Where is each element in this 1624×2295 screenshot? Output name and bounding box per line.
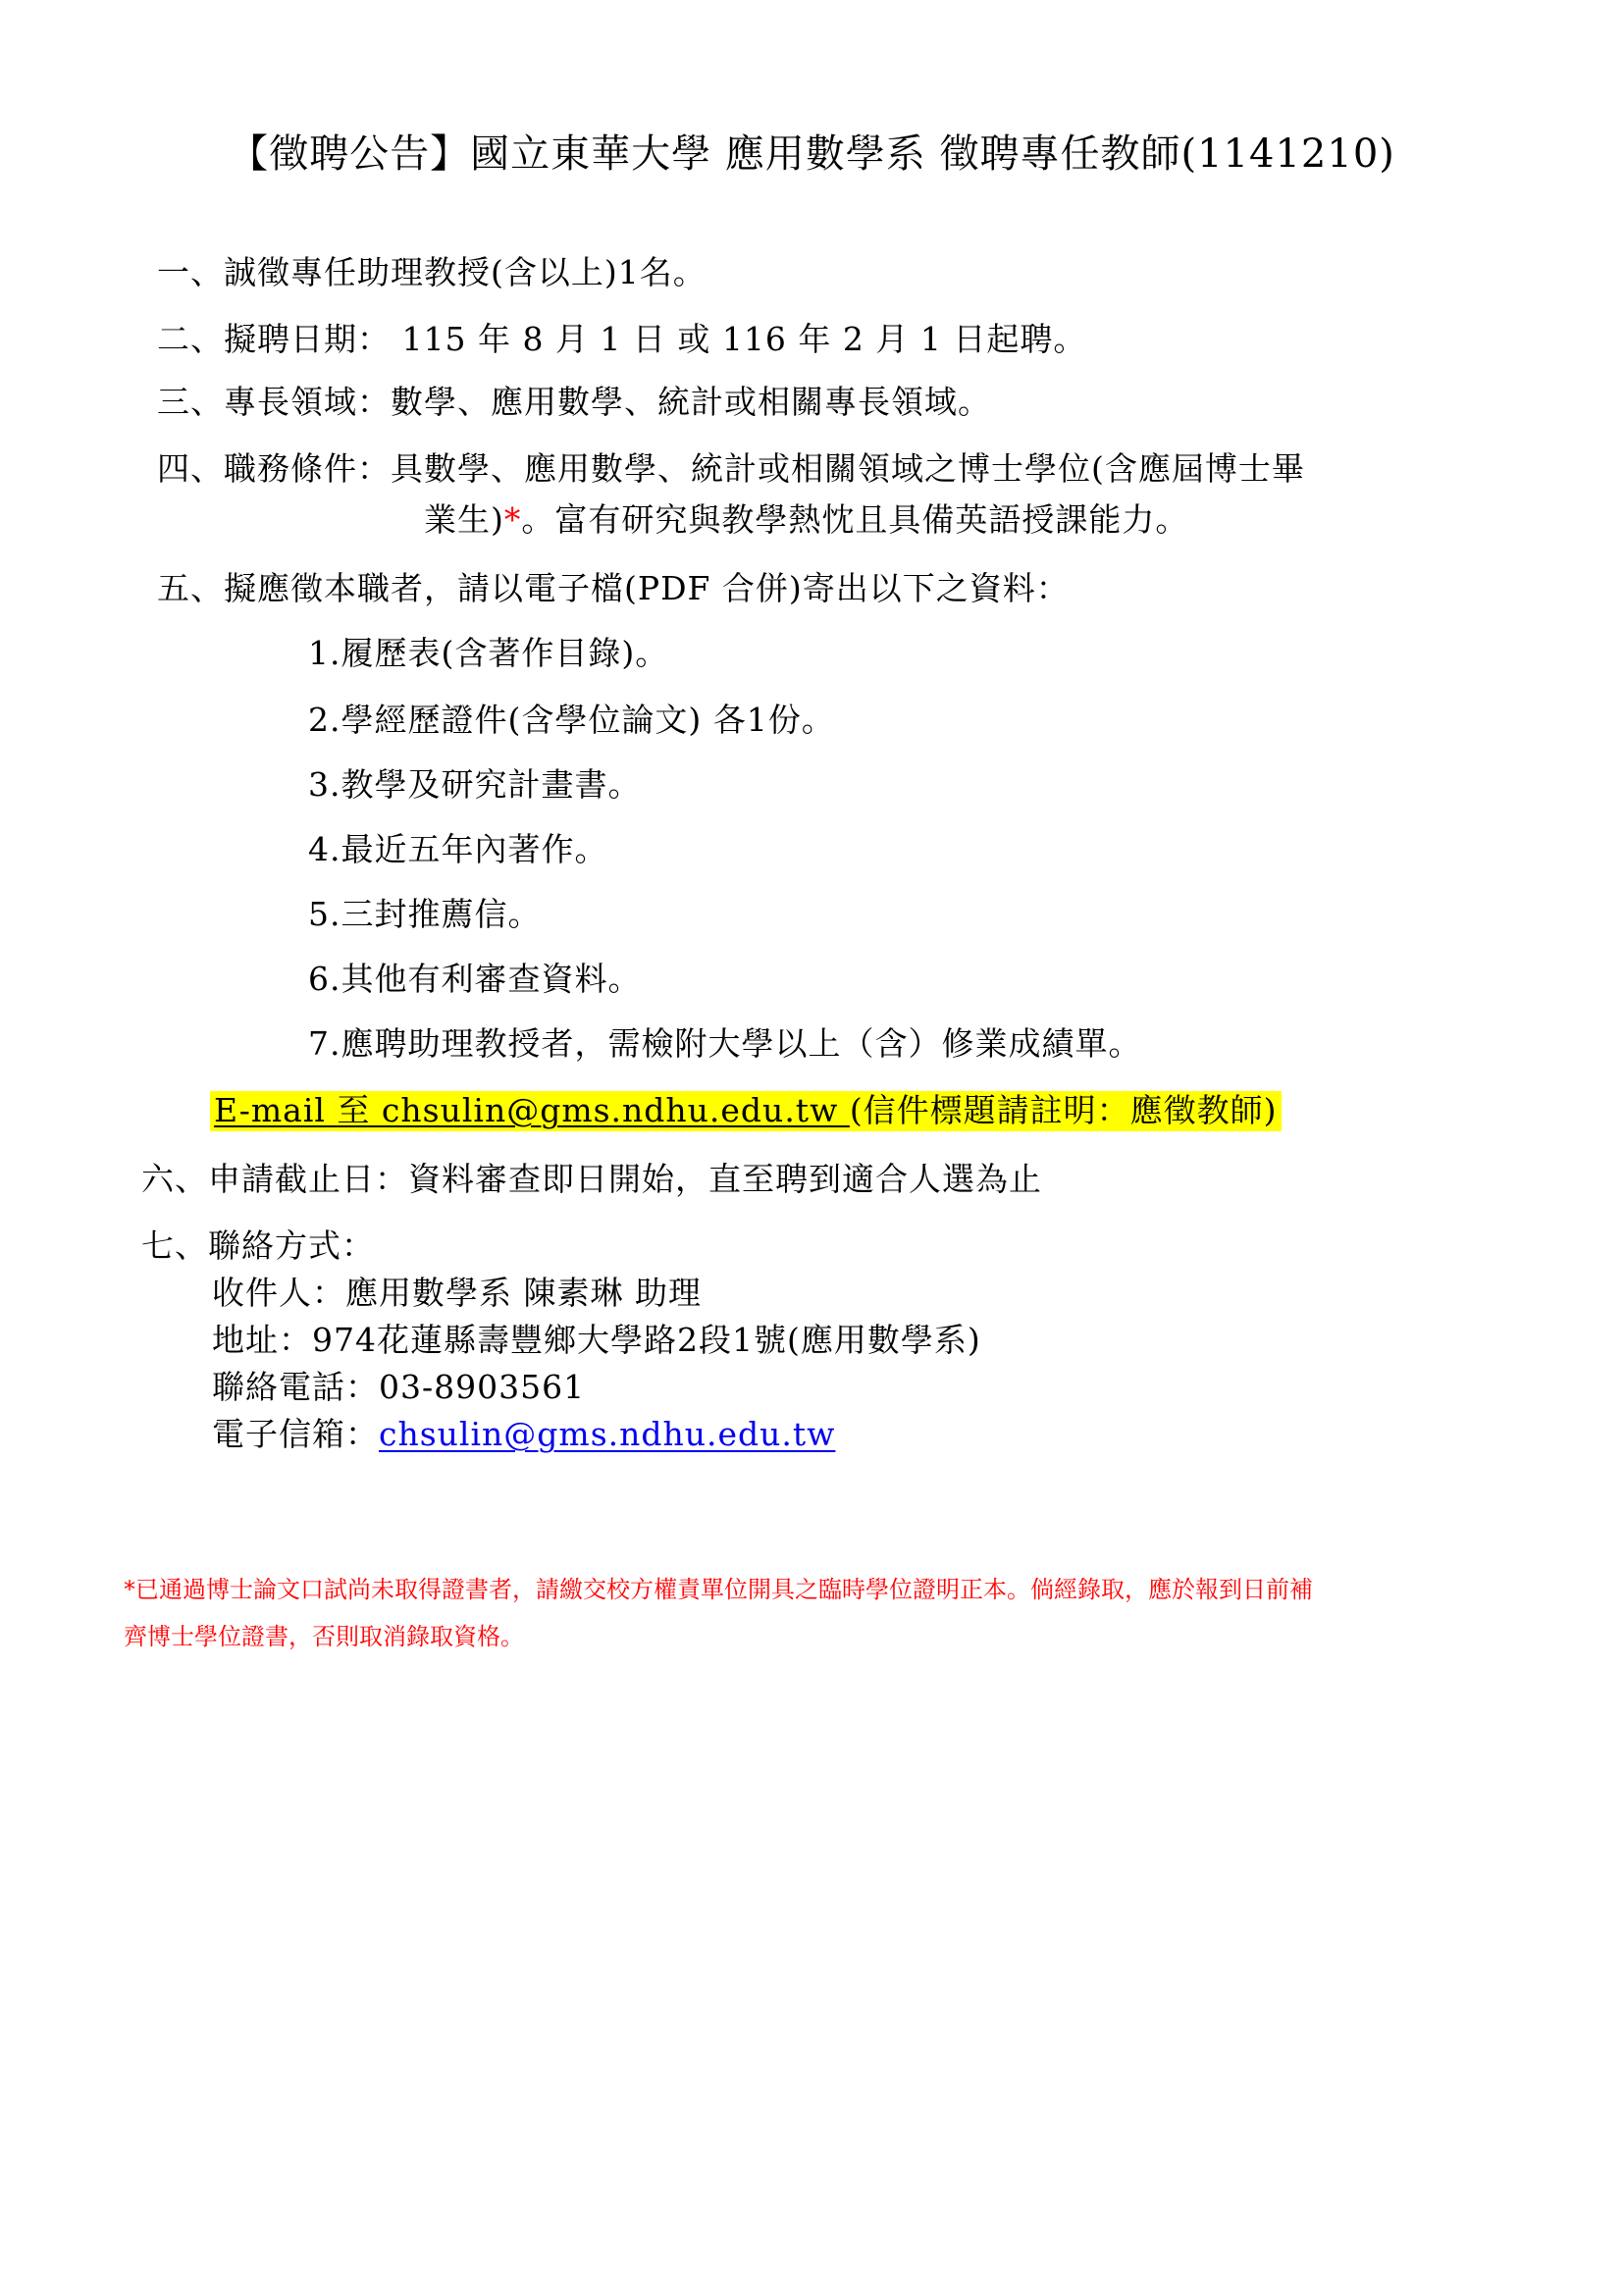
- item-four-requirements-line1: 四、職務條件：具數學、應用數學、統計或相關領域之博士學位(含應屆博士畢: [157, 447, 1305, 491]
- contact-recipient: 收件人：應用數學系 陳素琳 助理: [212, 1272, 702, 1315]
- contact-email-link[interactable]: chsulin@gms.ndhu.edu.tw: [379, 1415, 835, 1453]
- footnote-line1: *已通過博士論文口試尚未取得證書者，請繳交校方權責單位開具之臨時學位證明正本。倘…: [124, 1566, 1556, 1613]
- required-doc-3: 3.教學及研究計畫書。: [308, 763, 642, 807]
- required-doc-4: 4.最近五年內著作。: [308, 828, 608, 871]
- item-four-text-b: 。富有研究與教學熱忱且具備英語授課能力。: [521, 500, 1188, 539]
- email-highlight: E-mail 至 chsulin@gms.ndhu.edu.tw (信件標題請註…: [210, 1091, 1282, 1131]
- required-doc-1: 1.履歷表(含著作目錄)。: [308, 632, 668, 675]
- item-two-hire-date: 二、擬聘日期： 115 年 8 月 1 日 或 116 年 2 月 1 日起聘。: [157, 318, 1086, 361]
- footnote-line2: 齊博士學位證書，否則取消錄取資格。: [124, 1613, 1556, 1660]
- contact-address: 地址：974花蓮縣壽豐鄉大學路2段1號(應用數學系): [212, 1319, 981, 1362]
- asterisk-footnote-marker: *: [504, 500, 522, 539]
- page-title: 【徵聘公告】國立東華大學 應用數學系 徵聘專任教師(1141210): [0, 130, 1624, 179]
- item-five-application: 五、擬應徵本職者，請以電子檔(PDF 合併)寄出以下之資料：: [157, 567, 1070, 610]
- item-one: 一、誠徵專任助理教授(含以上)1名。: [157, 251, 707, 294]
- contact-phone: 聯絡電話：03-8903561: [212, 1366, 585, 1409]
- contact-email-label: 電子信箱：: [212, 1415, 379, 1453]
- required-doc-2: 2.學經歷證件(含學位論文) 各1份。: [308, 699, 835, 742]
- contact-email-line: 電子信箱：chsulin@gms.ndhu.edu.tw: [212, 1413, 835, 1456]
- email-prefix: E-mail 至: [214, 1091, 382, 1129]
- required-doc-5: 5.三封推薦信。: [308, 893, 542, 936]
- email-submission-line: E-mail 至 chsulin@gms.ndhu.edu.tw (信件標題請註…: [210, 1089, 1282, 1132]
- required-doc-6: 6.其他有利審查資料。: [308, 958, 642, 1001]
- submission-email-link[interactable]: chsulin@gms.ndhu.edu.tw: [382, 1091, 850, 1129]
- item-six-deadline: 六、申請截止日：資料審查即日開始，直至聘到適合人選為止: [141, 1158, 1042, 1201]
- item-four-requirements-line2: 業生)*。富有研究與教學熱忱且具備英語授課能力。: [424, 498, 1188, 542]
- email-subject-note: (信件標題請註明：應徵教師): [850, 1091, 1278, 1129]
- item-three-specialty: 三、專長領域：數學、應用數學、統計或相關專長領域。: [157, 381, 991, 424]
- document-page: 【徵聘公告】國立東華大學 應用數學系 徵聘專任教師(1141210) 一、誠徵專…: [0, 0, 1624, 2295]
- item-four-text-a: 業生): [424, 500, 504, 539]
- item-seven-contact: 七、聯絡方式：: [141, 1225, 375, 1268]
- required-doc-7: 7.應聘助理教授者，需檢附大學以上（含）修業成績單。: [308, 1022, 1142, 1066]
